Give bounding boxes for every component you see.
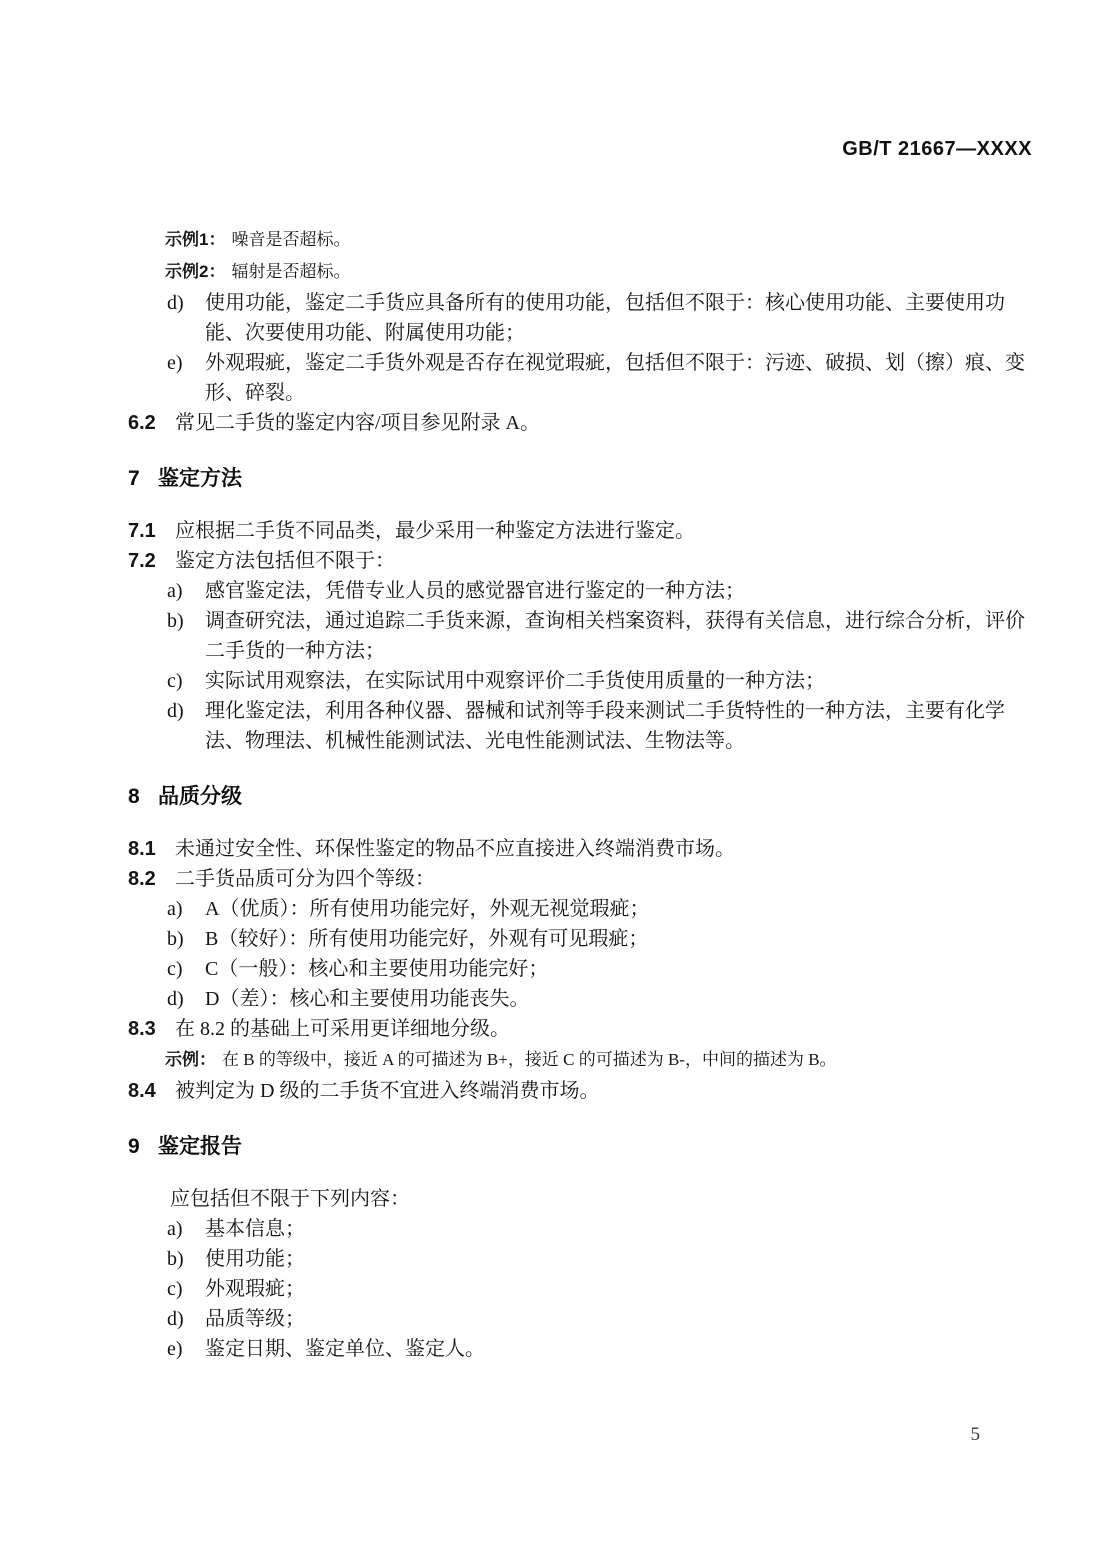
- page-header: GB/T 21667—XXXX: [128, 138, 1032, 162]
- item-marker: c): [167, 1274, 205, 1304]
- item-text: 使用功能，鉴定二手货应具备所有的使用功能，包括但不限于：核心使用功能、主要使用功…: [205, 288, 1032, 348]
- item-marker: d): [167, 1304, 205, 1334]
- list-item: e) 外观瑕疵，鉴定二手货外观是否存在视觉瑕疵，包括但不限于：污迹、破损、划（擦…: [167, 348, 1032, 408]
- item-marker: b): [167, 606, 205, 666]
- lettered-list: a) A（优质）：所有使用功能完好，外观无视觉瑕疵； b) B（较好）：所有使用…: [128, 894, 1032, 1014]
- example-text: 辐射是否超标。: [231, 262, 350, 281]
- clause-8-3: 8.3 在 8.2 的基础上可采用更详细地分级。: [128, 1014, 1032, 1044]
- example-label: 示例：: [165, 1050, 216, 1069]
- list-item: d) 使用功能，鉴定二手货应具备所有的使用功能，包括但不限于：核心使用功能、主要…: [167, 288, 1032, 348]
- clause-text: 鉴定方法包括但不限于：: [175, 546, 1032, 576]
- example-text: 噪音是否超标。: [231, 230, 350, 249]
- list-item: c) C（一般）：核心和主要使用功能完好；: [167, 954, 1032, 984]
- list-item: a) 感官鉴定法，凭借专业人员的感觉器官进行鉴定的一种方法；: [167, 576, 1032, 606]
- example-text: 在 B 的等级中，接近 A 的可描述为 B+，接近 C 的可描述为 B-，中间的…: [222, 1050, 837, 1069]
- clause-text: 二手货品质可分为四个等级：: [175, 864, 1032, 894]
- lettered-list: a) 感官鉴定法，凭借专业人员的感觉器官进行鉴定的一种方法； b) 调查研究法，…: [128, 576, 1032, 756]
- section-heading-9: 9 鉴定报告: [128, 1132, 1032, 1162]
- list-item: b) 使用功能；: [167, 1244, 1032, 1274]
- page-number: 5: [971, 1424, 981, 1446]
- item-marker: c): [167, 954, 205, 984]
- section-number: 7: [128, 464, 158, 494]
- clause-number: 8.1: [128, 834, 175, 864]
- list-item: c) 实际试用观察法，在实际试用中观察评价二手货使用质量的一种方法；: [167, 666, 1032, 696]
- clause-text: 未通过安全性、环保性鉴定的物品不应直接进入终端消费市场。: [175, 834, 1032, 864]
- example-label: 示例2：: [165, 262, 225, 281]
- clause-number: 8.2: [128, 864, 175, 894]
- clause-7-1: 7.1 应根据二手货不同品类，最少采用一种鉴定方法进行鉴定。: [128, 516, 1032, 546]
- clause-6-2: 6.2 常见二手货的鉴定内容/项目参见附录 A。: [128, 408, 1032, 438]
- clause-text: 常见二手货的鉴定内容/项目参见附录 A。: [175, 408, 1032, 438]
- example-line: 示例2：辐射是否超标。: [128, 256, 1032, 288]
- item-text: 使用功能；: [205, 1244, 1032, 1274]
- item-text: 鉴定日期、鉴定单位、鉴定人。: [205, 1334, 1032, 1364]
- standard-document-page: GB/T 21667—XXXX 示例1：噪音是否超标。 示例2：辐射是否超标。 …: [0, 0, 1102, 1559]
- item-text: 实际试用观察法，在实际试用中观察评价二手货使用质量的一种方法；: [205, 666, 1032, 696]
- section-title: 品质分级: [158, 782, 242, 812]
- clause-text: 被判定为 D 级的二手货不宜进入终端消费市场。: [175, 1076, 1032, 1106]
- item-text: 基本信息；: [205, 1214, 1032, 1244]
- clause-number: 8.3: [128, 1014, 175, 1044]
- item-marker: a): [167, 1214, 205, 1244]
- item-text: D（差）：核心和主要使用功能丧失。: [205, 984, 1032, 1014]
- document-code: GB/T 21667—XXXX: [842, 138, 1032, 160]
- item-text: 品质等级；: [205, 1304, 1032, 1334]
- item-marker: d): [167, 288, 205, 348]
- item-marker: a): [167, 576, 205, 606]
- clause-number: 8.4: [128, 1076, 175, 1106]
- page-content: GB/T 21667—XXXX 示例1：噪音是否超标。 示例2：辐射是否超标。 …: [128, 138, 1032, 1364]
- clause-number: 6.2: [128, 408, 175, 438]
- item-marker: b): [167, 1244, 205, 1274]
- section-title: 鉴定方法: [158, 464, 242, 494]
- item-marker: e): [167, 1334, 205, 1364]
- item-text: 调查研究法，通过追踪二手货来源，查询相关档案资料，获得有关信息，进行综合分析，评…: [205, 606, 1032, 666]
- section-number: 9: [128, 1132, 158, 1162]
- item-marker: a): [167, 894, 205, 924]
- list-item: d) 品质等级；: [167, 1304, 1032, 1334]
- item-text: 理化鉴定法，利用各种仪器、器械和试剂等手段来测试二手货特性的一种方法，主要有化学…: [205, 696, 1032, 756]
- examples-block: 示例1：噪音是否超标。 示例2：辐射是否超标。: [128, 224, 1032, 288]
- list-item: a) 基本信息；: [167, 1214, 1032, 1244]
- section-title: 鉴定报告: [158, 1132, 242, 1162]
- list-item: d) D（差）：核心和主要使用功能丧失。: [167, 984, 1032, 1014]
- item-marker: e): [167, 348, 205, 408]
- lettered-list: a) 基本信息； b) 使用功能； c) 外观瑕疵； d) 品质等级； e) 鉴…: [128, 1214, 1032, 1364]
- item-marker: d): [167, 696, 205, 756]
- item-text: 外观瑕疵；: [205, 1274, 1032, 1304]
- item-text: C（一般）：核心和主要使用功能完好；: [205, 954, 1032, 984]
- clause-8-4: 8.4 被判定为 D 级的二手货不宜进入终端消费市场。: [128, 1076, 1032, 1106]
- list-item: b) B（较好）：所有使用功能完好，外观有可见瑕疵；: [167, 924, 1032, 954]
- list-item: b) 调查研究法，通过追踪二手货来源，查询相关档案资料，获得有关信息，进行综合分…: [167, 606, 1032, 666]
- intro-paragraph: 应包括但不限于下列内容：: [128, 1184, 1032, 1214]
- example-line: 示例1：噪音是否超标。: [128, 224, 1032, 256]
- list-item: d) 理化鉴定法，利用各种仪器、器械和试剂等手段来测试二手货特性的一种方法，主要…: [167, 696, 1032, 756]
- clause-8-1: 8.1 未通过安全性、环保性鉴定的物品不应直接进入终端消费市场。: [128, 834, 1032, 864]
- item-text: A（优质）：所有使用功能完好，外观无视觉瑕疵；: [205, 894, 1032, 924]
- list-item: a) A（优质）：所有使用功能完好，外观无视觉瑕疵；: [167, 894, 1032, 924]
- item-marker: c): [167, 666, 205, 696]
- clause-number: 7.2: [128, 546, 175, 576]
- clause-text: 在 8.2 的基础上可采用更详细地分级。: [175, 1014, 1032, 1044]
- section-number: 8: [128, 782, 158, 812]
- example-label: 示例1：: [165, 230, 225, 249]
- item-text: 外观瑕疵，鉴定二手货外观是否存在视觉瑕疵，包括但不限于：污迹、破损、划（擦）痕、…: [205, 348, 1032, 408]
- clause-number: 7.1: [128, 516, 175, 546]
- item-marker: d): [167, 984, 205, 1014]
- list-item: c) 外观瑕疵；: [167, 1274, 1032, 1304]
- clause-7-2: 7.2 鉴定方法包括但不限于：: [128, 546, 1032, 576]
- clause-8-2: 8.2 二手货品质可分为四个等级：: [128, 864, 1032, 894]
- item-marker: b): [167, 924, 205, 954]
- section-heading-8: 8 品质分级: [128, 782, 1032, 812]
- example-line: 示例：在 B 的等级中，接近 A 的可描述为 B+，接近 C 的可描述为 B-，…: [128, 1044, 1032, 1076]
- section-heading-7: 7 鉴定方法: [128, 464, 1032, 494]
- clause-text: 应根据二手货不同品类，最少采用一种鉴定方法进行鉴定。: [175, 516, 1032, 546]
- list-item: e) 鉴定日期、鉴定单位、鉴定人。: [167, 1334, 1032, 1364]
- item-text: B（较好）：所有使用功能完好，外观有可见瑕疵；: [205, 924, 1032, 954]
- item-text: 感官鉴定法，凭借专业人员的感觉器官进行鉴定的一种方法；: [205, 576, 1032, 606]
- lettered-list: d) 使用功能，鉴定二手货应具备所有的使用功能，包括但不限于：核心使用功能、主要…: [128, 288, 1032, 408]
